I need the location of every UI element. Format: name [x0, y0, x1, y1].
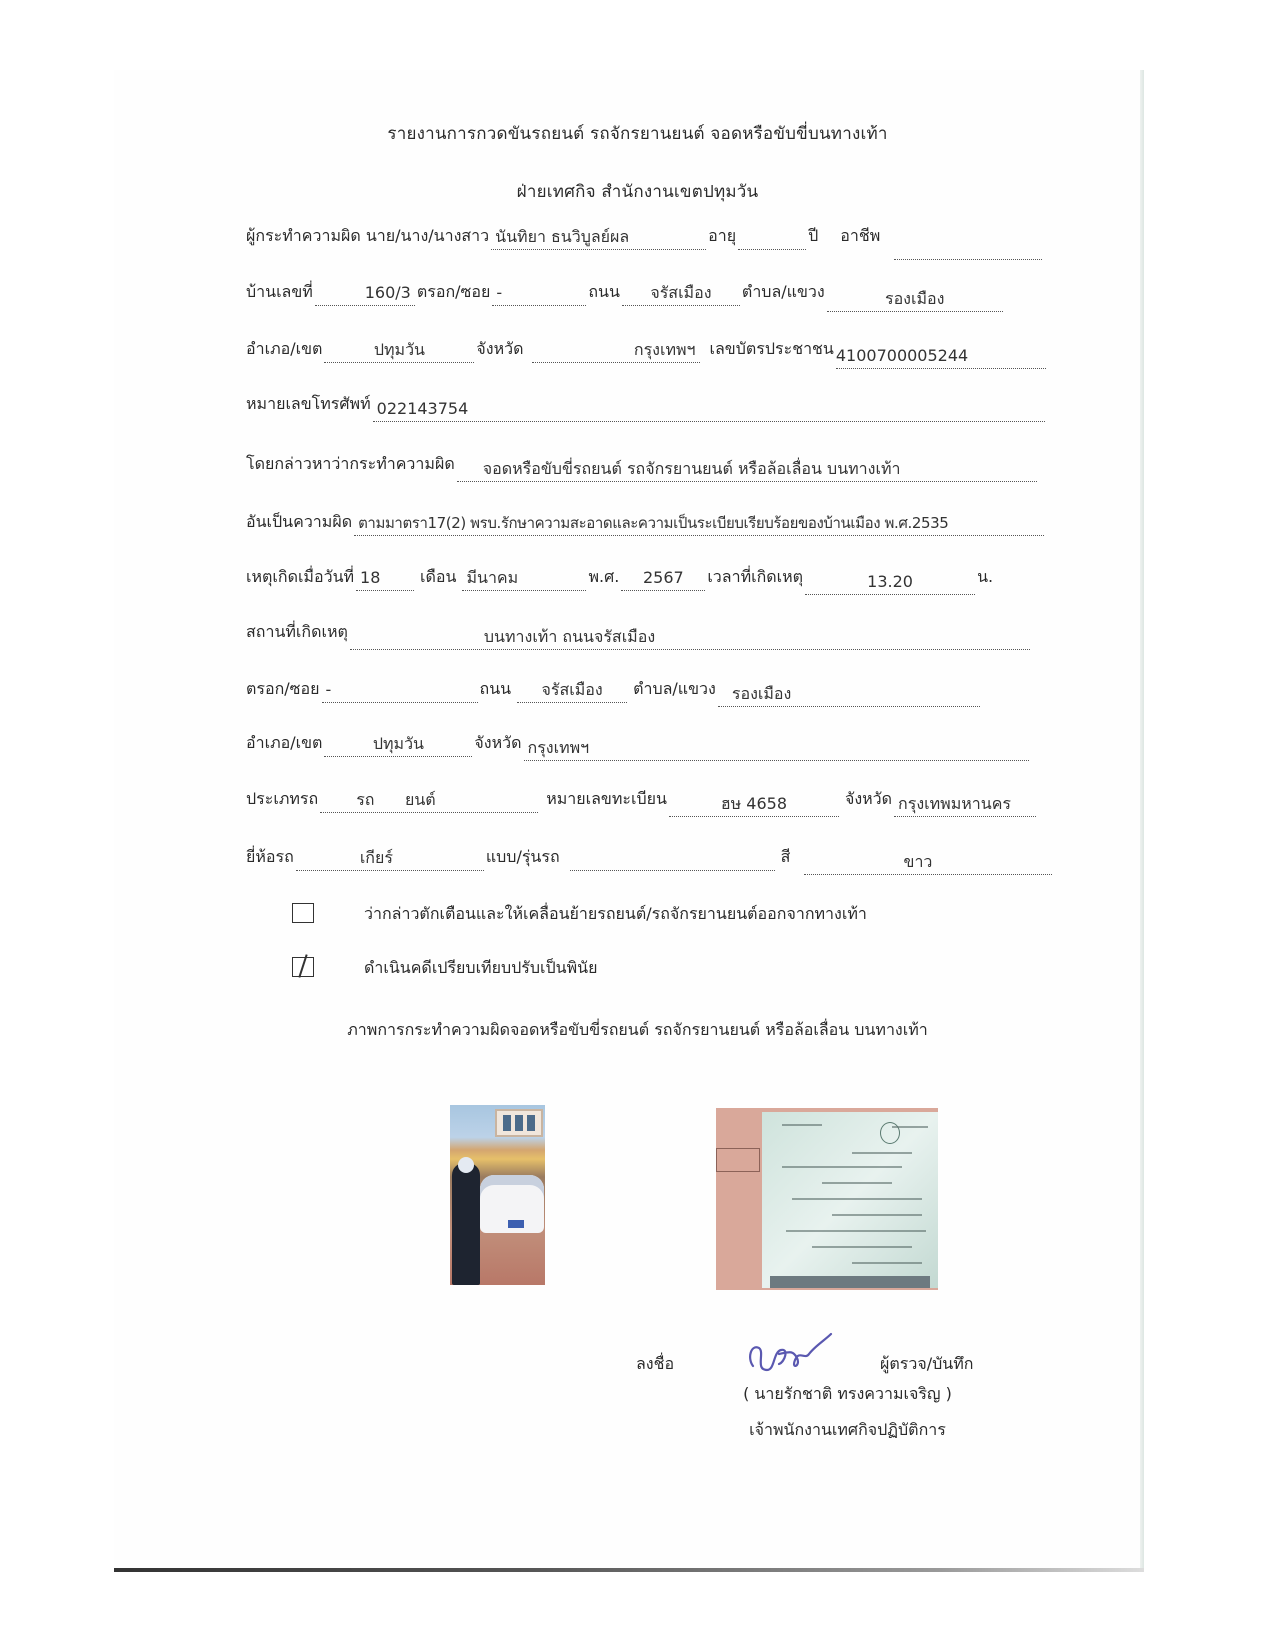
- phone-field[interactable]: 022143754: [373, 398, 1045, 422]
- page-bottom-edge: [114, 1568, 1144, 1572]
- province-field[interactable]: กรุงเทพฯ: [532, 339, 700, 363]
- officer-name: ( นายรักชาติ ทรงความเจริญ ): [0, 1382, 1275, 1407]
- occupation-field[interactable]: [894, 236, 1042, 260]
- incident-subdistrict-label: ตำบล/แขวง: [633, 675, 716, 703]
- offender-row: ผู้กระทำความผิด นาย/นาง/นางสาวนันทิยา ธน…: [246, 222, 1044, 250]
- incident-district-field[interactable]: ปทุมวัน: [324, 733, 472, 757]
- road-field[interactable]: จรัสเมือง: [622, 282, 740, 306]
- incident-province-label: จังหวัด: [474, 729, 521, 757]
- charge-row: โดยกล่าวหาว่ากระทำความผิดจอดหรือขับขี่รถ…: [246, 450, 1039, 478]
- incident-road-label: ถนน: [480, 675, 512, 703]
- document-title: รายงานการกวดขันรถยนต์ รถจักรยานยนต์ จอดห…: [0, 120, 1275, 147]
- house-no-label: บ้านเลขที่: [246, 278, 313, 306]
- incident-soi-field[interactable]: -: [322, 679, 478, 703]
- place-label: สถานที่เกิดเหตุ: [246, 618, 348, 646]
- vehicle-type-field[interactable]: รถ ยนต์: [320, 789, 538, 813]
- year-field[interactable]: 2567: [621, 567, 705, 591]
- day-field[interactable]: 18: [356, 567, 414, 591]
- sign-label: ลงชื่อ: [636, 1350, 674, 1378]
- evidence-photo-car: [450, 1105, 545, 1285]
- year-label: ปี: [808, 222, 818, 250]
- law-row: อันเป็นความผิดตามมาตรา17(2) พรบ.รักษาควา…: [246, 508, 1046, 536]
- charge-label: โดยกล่าวหาว่ากระทำความผิด: [246, 450, 455, 478]
- law-label: อันเป็นความผิด: [246, 508, 352, 536]
- incident-location-row-2: อำเภอ/เขตปทุมวันจังหวัดกรุงเทพฯ: [246, 729, 1031, 757]
- vehicle-type-label: ประเภทรถ: [246, 785, 318, 813]
- warn-option-label: ว่ากล่าวตักเตือนและให้เคลื่อนย้ายรถยนต์/…: [364, 901, 867, 927]
- fine-checkbox[interactable]: [292, 957, 314, 977]
- soi-field[interactable]: -: [492, 282, 586, 306]
- charge-field[interactable]: จอดหรือขับขี่รถยนต์ รถจักรยานยนต์ หรือล้…: [457, 458, 1037, 482]
- time-field[interactable]: 13.20: [805, 571, 975, 595]
- plate-province-label: จังหวัด: [845, 785, 892, 813]
- subdistrict-field[interactable]: รองเมือง: [827, 288, 1003, 312]
- page-edge: [1140, 70, 1144, 1570]
- incident-soi-label: ตรอก/ซอย: [246, 675, 320, 703]
- evidence-photo-notice: [716, 1108, 938, 1290]
- province-label: จังหวัด: [476, 335, 523, 363]
- model-label: แบบ/รุ่นรถ: [486, 843, 560, 871]
- warn-checkbox[interactable]: [292, 903, 314, 923]
- check-mark-icon: [298, 954, 307, 977]
- address-row-1: บ้านเลขที่160/3ตรอก/ซอย-ถนนจรัสเมืองตำบล…: [246, 278, 1005, 306]
- soi-label: ตรอก/ซอย: [417, 278, 491, 306]
- id-card-label: เลขบัตรประชาชน: [710, 335, 834, 363]
- time-label: เวลาที่เกิดเหตุ: [707, 563, 803, 591]
- helmet-shape: [458, 1157, 474, 1173]
- age-field[interactable]: [738, 226, 806, 250]
- color-label: สี: [781, 843, 791, 871]
- age-label: อายุ: [708, 222, 736, 250]
- vehicle-row-2: ยี่ห้อรถเกียร์แบบ/รุ่นรถสีขาว: [246, 843, 1054, 871]
- occupation-label: อาชีพ: [840, 222, 880, 250]
- incident-district-label: อำเภอ/เขต: [246, 729, 322, 757]
- year-label: พ.ศ.: [588, 563, 619, 591]
- plate-field[interactable]: ฮษ 4658: [669, 793, 839, 817]
- signature-icon: [745, 1330, 835, 1380]
- incident-province-field[interactable]: กรุงเทพฯ: [524, 737, 1029, 761]
- time-unit: น.: [977, 563, 993, 591]
- phone-row: หมายเลขโทรศัพท์022143754: [246, 390, 1047, 418]
- road-label: ถนน: [588, 278, 620, 306]
- district-field[interactable]: ปทุมวัน: [324, 339, 474, 363]
- month-field[interactable]: มีนาคม: [462, 567, 586, 591]
- brand-label: ยี่ห้อรถ: [246, 843, 294, 871]
- notice-side-box: [716, 1148, 760, 1172]
- fine-option-label: ดำเนินคดีเปรียบเทียบปรับเป็นพินัย: [364, 955, 597, 981]
- house-no-field[interactable]: 160/3: [315, 282, 415, 306]
- address-row-2: อำเภอ/เขตปทุมวันจังหวัดกรุงเทพฯเลขบัตรปร…: [246, 335, 1048, 363]
- notice-sheet: [762, 1112, 938, 1288]
- building-shape: [495, 1109, 543, 1137]
- district-label: อำเภอ/เขต: [246, 335, 322, 363]
- phone-label: หมายเลขโทรศัพท์: [246, 390, 371, 418]
- law-field[interactable]: ตามมาตรา17(2) พรบ.รักษาความสะอาดและความเ…: [354, 512, 1044, 536]
- subdistrict-label: ตำบล/แขวง: [742, 278, 825, 306]
- vehicle-row-1: ประเภทรถรถ ยนต์หมายเลขทะเบียนฮษ 4658จังห…: [246, 785, 1038, 813]
- plate-province-field[interactable]: กรุงเทพมหานคร: [894, 793, 1036, 817]
- incident-location-row-1: ตรอก/ซอย-ถนนจรัสเมืองตำบล/แขวงรองเมือง: [246, 675, 982, 703]
- incident-subdistrict-field[interactable]: รองเมือง: [718, 683, 980, 707]
- place-row: สถานที่เกิดเหตุบนทางเท้า ถนนจรัสเมือง: [246, 618, 1032, 646]
- month-label: เดือน: [420, 563, 456, 591]
- place-field[interactable]: บนทางเท้า ถนนจรัสเมือง: [350, 626, 1030, 650]
- color-field[interactable]: ขาว: [804, 851, 1052, 875]
- officer-shape: [452, 1163, 480, 1285]
- day-label: เหตุเกิดเมื่อวันที่: [246, 563, 354, 591]
- model-field[interactable]: [570, 847, 775, 871]
- officer-position: เจ้าพนักงานเทศกิจปฏิบัติการ: [0, 1418, 1275, 1443]
- document-subtitle: ฝ่ายเทศกิจ สำนักงานเขตปทุมวัน: [0, 178, 1275, 205]
- notice-footer-bar: [770, 1276, 930, 1288]
- offender-label: ผู้กระทำความผิด นาย/นาง/นางสาว: [246, 222, 489, 250]
- brand-field[interactable]: เกียร์: [296, 847, 484, 871]
- incident-datetime-row: เหตุเกิดเมื่อวันที่18เดือนมีนาคมพ.ศ.2567…: [246, 563, 993, 591]
- id-card-field[interactable]: 4100700005244: [836, 345, 1046, 369]
- plate-label: หมายเลขทะเบียน: [546, 785, 667, 813]
- offender-name-field[interactable]: นันทิยา ธนวิบูลย์ผล: [491, 226, 706, 250]
- signer-role: ผู้ตรวจ/บันทึก: [880, 1350, 973, 1378]
- incident-road-field[interactable]: จรัสเมือง: [517, 679, 627, 703]
- photos-caption: ภาพการกระทำความผิดจอดหรือขับขี่รถยนต์ รถ…: [0, 1018, 1275, 1043]
- license-plate-shape: [508, 1220, 524, 1228]
